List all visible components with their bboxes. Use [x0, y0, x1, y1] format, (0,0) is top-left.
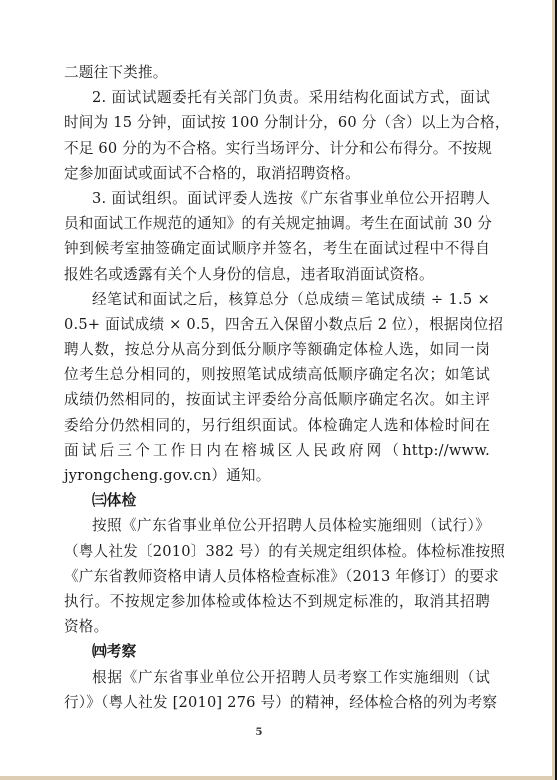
section-heading-investigation: ㈣考察 [64, 639, 490, 664]
page-number: 5 [253, 727, 265, 738]
text-line: 委给分仍然相同的，另行组织面试。体检确定人选和体检时间在 [64, 413, 490, 438]
text-line: 执行。不按规定参加体检或体检达不到规定标准的，取消其招聘 [64, 589, 490, 614]
section-heading-physical-exam: ㈢体检 [64, 488, 490, 513]
text-line: 定参加面试或面试不合格的，取消招聘资格。 [64, 161, 490, 186]
text-line: 不足 60 分的为不合格。实行当场评分、计分和公布得分。不按规 [64, 136, 490, 161]
text-line: 经笔试和面试之后，核算总分（总成绩＝笔试成绩 ÷ 1.5 × [64, 287, 490, 312]
text-line: 按照《广东省事业单位公开招聘人员体检实施细则（试行）》 [64, 513, 490, 538]
text-line: 位考生总分相同的，则按照笔试成绩高低顺序确定名次；如笔试 [64, 362, 490, 387]
text-line: 报姓名或透露有关个人身份的信息，违者取消面试资格。 [64, 262, 490, 287]
text-line: 行）》（粤人社发 [2010] 276 号）的精神，经体检合格的列为考察 [64, 690, 490, 715]
text-line: 3. 面试组织。面试评委人选按《广东省事业单位公开招聘人 [64, 186, 490, 211]
text-line: 成绩仍然相同的，按面试主评委给分高低顺序确定名次。如主评 [64, 387, 490, 412]
body-text: 二题往下类推。 2. 面试试题委托有关部门负责。采用结构化面试方式，面试 时间为… [64, 60, 490, 715]
text-line-with-url: 面试后三个工作日内在榕城区人民政府网（http://www. [64, 438, 490, 463]
text-line-with-url: jyrongcheng.gov.cn）通知。 [64, 463, 490, 488]
document-page: 二题往下类推。 2. 面试试题委托有关部门负责。采用结构化面试方式，面试 时间为… [0, 0, 552, 776]
text-line: 钟到候考室抽签确定面试顺序并签名，考生在面试过程中不得自 [64, 236, 490, 261]
text-line: 员和面试工作规范的通知》的有关规定抽调。考生在面试前 30 分 [64, 211, 490, 236]
text-line: 资格。 [64, 614, 490, 639]
text-line: 聘人数，按总分从高分到低分顺序等额确定体检人选，如同一岗 [64, 337, 490, 362]
text-line: 2. 面试试题委托有关部门负责。采用结构化面试方式，面试 [64, 85, 490, 110]
text-line: 《广东省教师资格申请人员体格检查标准》（2013 年修订）的要求 [64, 564, 490, 589]
text-line: 二题往下类推。 [64, 60, 490, 85]
text-line: 0.5+ 面试成绩 × 0.5，四舍五入保留小数点后 2 位），根据岗位招 [64, 312, 490, 337]
text-line: 时间为 15 分钟，面试按 100 分制计分，60 分（含）以上为合格， [64, 110, 490, 135]
page-edge-bottom [0, 776, 555, 780]
text-line: （粤人社发〔2010〕382 号）的有关规定组织体检。体检标准按照 [64, 539, 490, 564]
text-line: 根据《广东省事业单位公开招聘人员考察工作实施细则（试 [64, 665, 490, 690]
